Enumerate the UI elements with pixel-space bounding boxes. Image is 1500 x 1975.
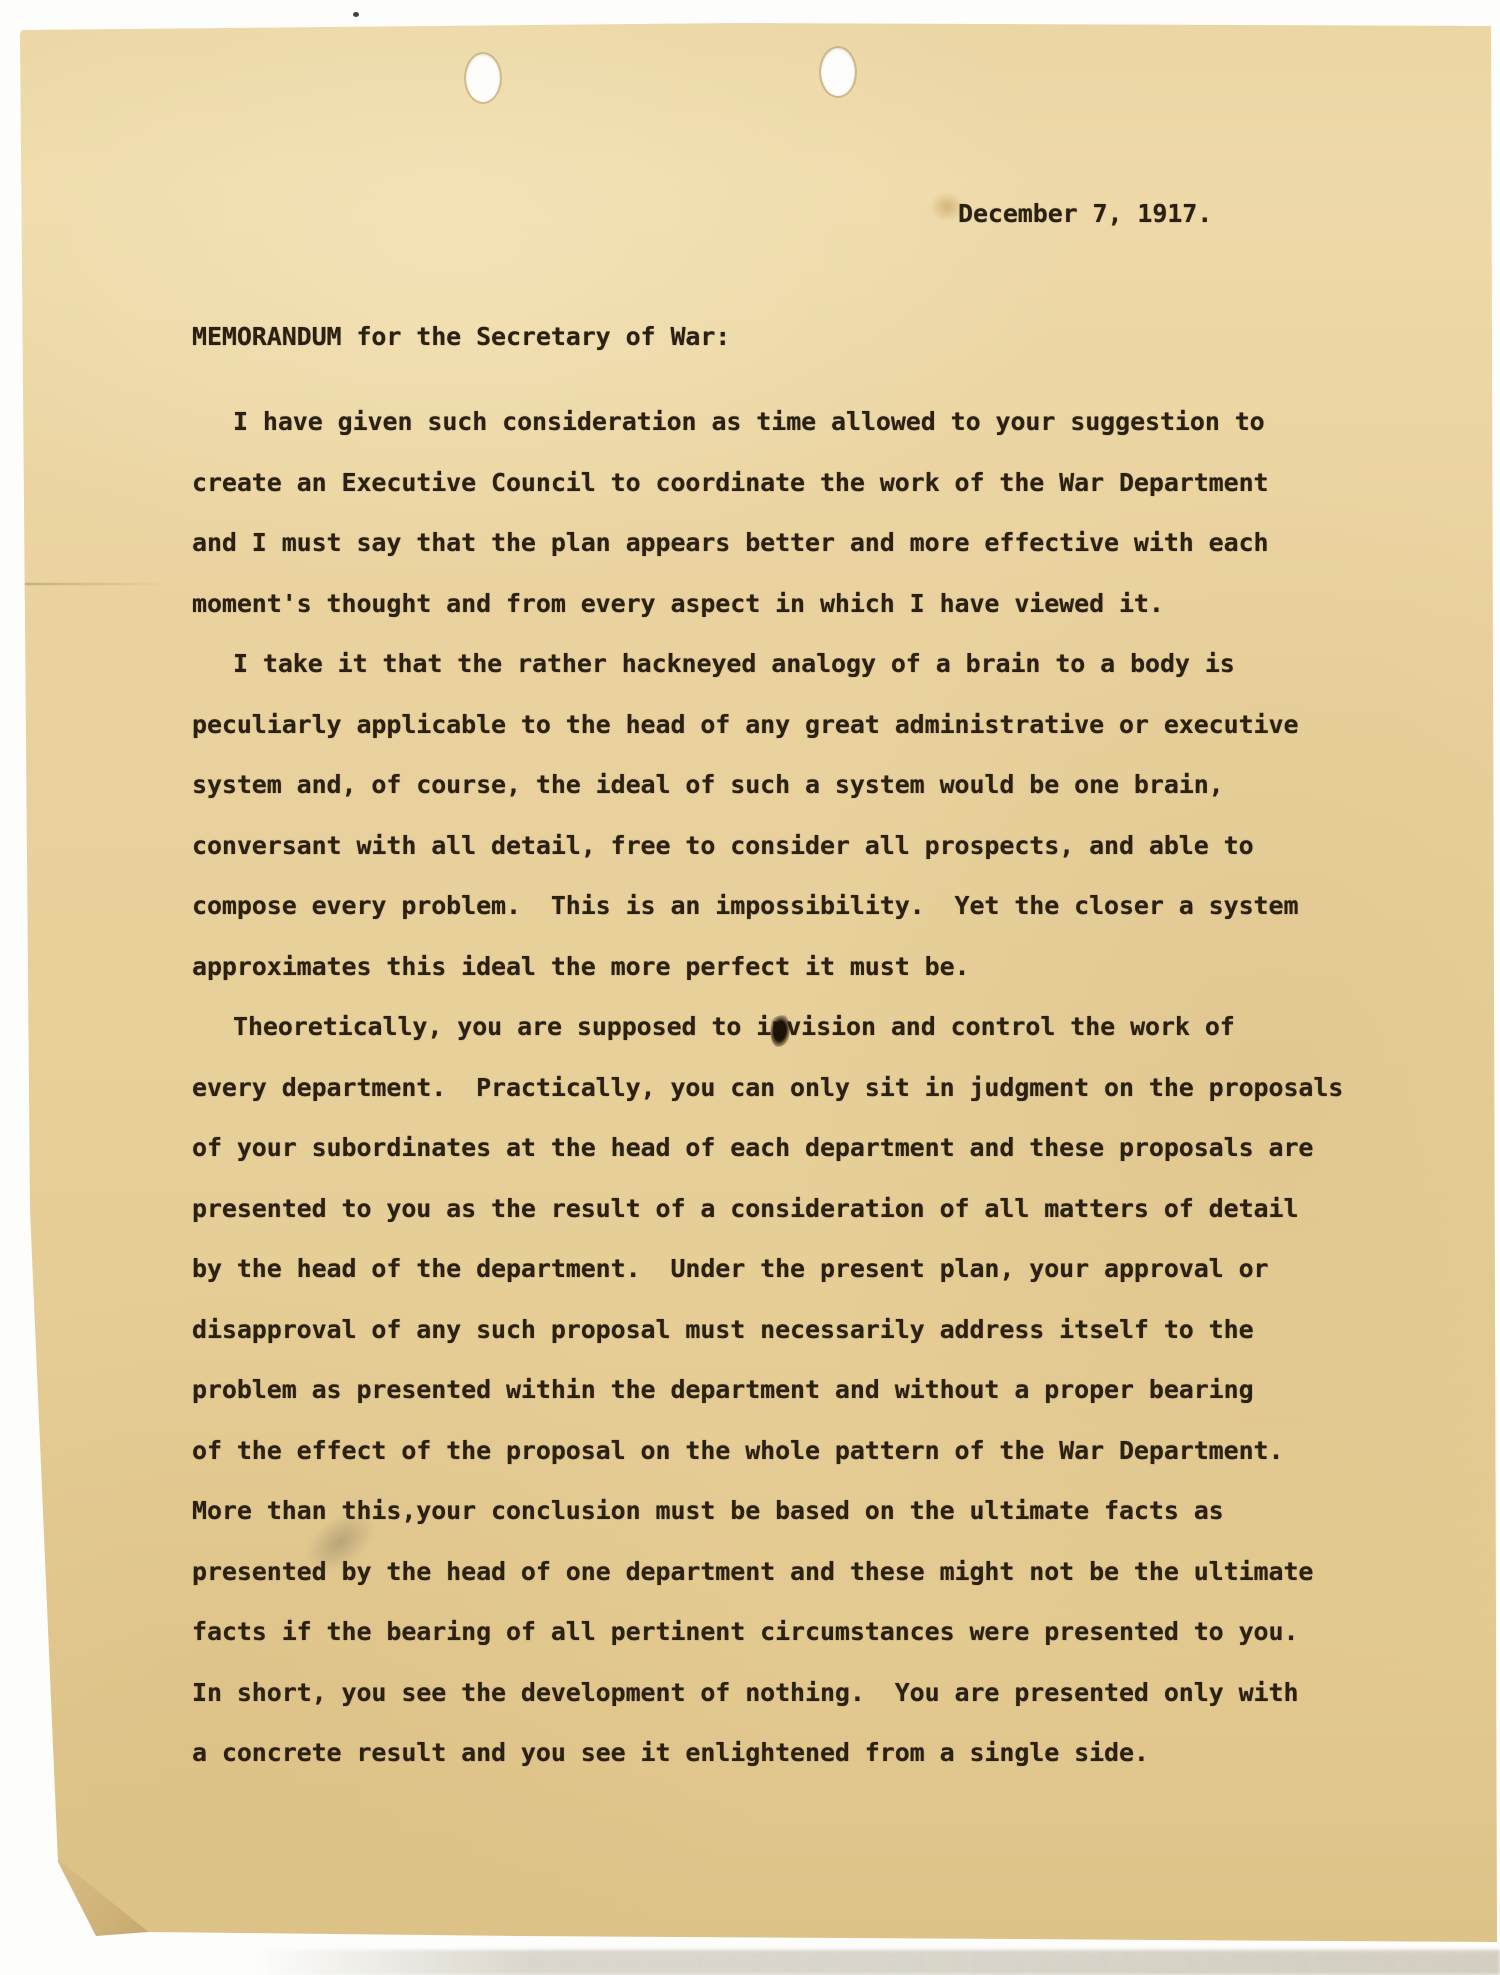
memo-line: and I must say that the plan appears bet…: [192, 513, 1343, 574]
punch-hole-left: [466, 54, 500, 102]
punch-hole-right: [821, 48, 855, 96]
memo-heading: MEMORANDUM for the Secretary of War:: [192, 322, 730, 352]
paper-crease: [18, 583, 168, 585]
scan-background: December 7, 1917. MEMORANDUM for the Sec…: [0, 0, 1500, 1975]
memo-line: I have given such consideration as time …: [192, 392, 1343, 453]
memo-line: moment's thought and from every aspect i…: [192, 574, 1343, 635]
next-page-edge: [255, 1950, 1500, 1975]
memo-line: by the head of the department. Under the…: [192, 1239, 1343, 1300]
memo-line: of your subordinates at the head of each…: [192, 1118, 1343, 1179]
memo-line: system and, of course, the ideal of such…: [192, 755, 1343, 816]
memo-line: create an Executive Council to coordinat…: [192, 453, 1343, 514]
memo-line: Theoretically, you are supposed to invis…: [192, 997, 1343, 1058]
paper-sheet: December 7, 1917. MEMORANDUM for the Sec…: [0, 0, 1500, 1975]
memo-line: peculiarly applicable to the head of any…: [192, 695, 1343, 756]
date-line: December 7, 1917.: [958, 199, 1212, 229]
memo-line: a concrete result and you see it enlight…: [192, 1723, 1343, 1784]
memo-line: I take it that the rather hackneyed anal…: [192, 634, 1343, 695]
memo-line: of the effect of the proposal on the who…: [192, 1421, 1343, 1482]
memo-line: every department. Practically, you can o…: [192, 1058, 1343, 1119]
memo-line: conversant with all detail, free to cons…: [192, 816, 1343, 877]
memo-line: In short, you see the development of not…: [192, 1663, 1343, 1724]
memo-line: problem as presented within the departme…: [192, 1360, 1343, 1421]
memo-line: presented to you as the result of a cons…: [192, 1179, 1343, 1240]
memo-line: facts if the bearing of all pertinent ci…: [192, 1602, 1343, 1663]
dust-speck: [353, 12, 359, 17]
corner-fold: [52, 1852, 152, 1940]
memo-line: disapproval of any such proposal must ne…: [192, 1300, 1343, 1361]
memo-body: I have given such consideration as time …: [192, 392, 1343, 1784]
memo-line: approximates this ideal the more perfect…: [192, 937, 1343, 998]
memo-line: compose every problem. This is an imposs…: [192, 876, 1343, 937]
